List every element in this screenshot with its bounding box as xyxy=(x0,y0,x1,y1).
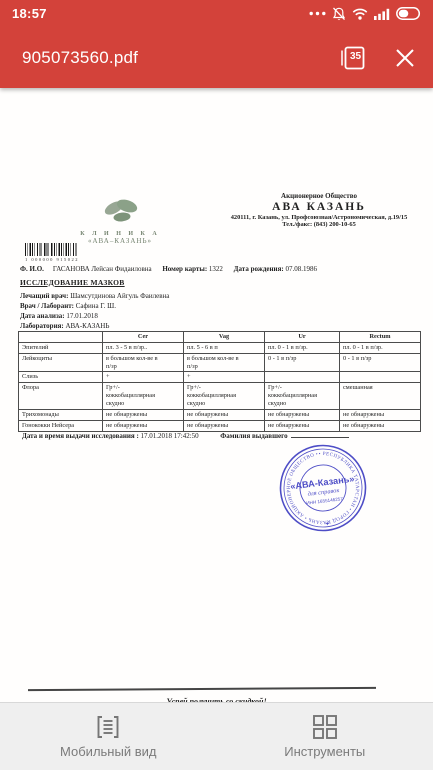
page-count-button[interactable]: 35 xyxy=(339,44,367,72)
info-line: Лечащий врач: Шамсутдинова Айгуль Фаилев… xyxy=(20,291,169,301)
section-title: ИССЛЕДОВАНИЕ МАЗКОВ xyxy=(20,278,125,287)
screen: 18:57 xyxy=(0,0,433,770)
org-name: АВА КАЗАНЬ xyxy=(213,201,425,213)
table-row: ФлораГр+/- коккобациллярная скудноГр+/- … xyxy=(19,383,421,410)
col-cer: Cer xyxy=(103,332,184,343)
dob-label: Дата рождения: xyxy=(234,265,284,273)
tools-grid-icon xyxy=(312,714,338,740)
promo-headline: Успей получить со скидкой! xyxy=(0,695,433,702)
pdf-page-viewport[interactable]: К Л И Н И К А «АВА–КАЗАНЬ» Акционерное О… xyxy=(0,88,433,702)
clock: 18:57 xyxy=(12,6,47,21)
bell-muted-icon xyxy=(332,7,346,21)
col-ur: Ur xyxy=(265,332,340,343)
status-bar: 18:57 xyxy=(0,0,433,27)
org-address: 420111, г. Казань, ул. Профсоюзная/Астро… xyxy=(213,214,425,221)
tools-button[interactable]: Инструменты xyxy=(217,703,433,770)
dob-value: 07.08.1986 xyxy=(285,265,317,273)
results-table: Cer Vag Ur Rectum Эпителийпл. 3 - 5 в п/… xyxy=(18,331,421,432)
col-vag: Vag xyxy=(184,332,265,343)
org-phone: Тел./факс: (843) 200-10-65 xyxy=(213,221,425,228)
mobile-view-button[interactable]: Мобильный вид xyxy=(0,703,217,770)
clinic-logo-name: «АВА–КАЗАНЬ» xyxy=(72,237,168,245)
leaf-logo-icon xyxy=(97,198,143,225)
issuer-blank-line xyxy=(291,431,349,438)
close-icon[interactable] xyxy=(393,46,417,70)
table-row: Слизь++ xyxy=(19,372,421,383)
table-row: Эпителийпл. 3 - 5 в п/зр..пл. 5 - 6 в пп… xyxy=(19,342,421,353)
battery-icon xyxy=(396,7,421,20)
table-header-row: Cer Vag Ur Rectum xyxy=(19,332,421,343)
letterhead-org-block: Акционерное Общество АВА КАЗАНЬ 420111, … xyxy=(213,192,425,228)
card-label: Номер карты: xyxy=(162,265,207,273)
stamp-inn-text: ИНН 1655146257 xyxy=(306,496,344,505)
table-row: Гонококки Нейсеране обнаруженыне обнаруж… xyxy=(19,420,421,431)
issuer-label: Фамилия выдавшего xyxy=(220,432,287,440)
wifi-icon xyxy=(352,8,368,20)
issue-line: Дата и время выдачи исследования : 17.01… xyxy=(22,431,349,440)
info-line: Лаборатория: АВА-КАЗАНЬ xyxy=(20,321,169,331)
overflow-dots-icon xyxy=(309,11,326,16)
info-line: Врач / Лаборант: Сафина Г. Ш. xyxy=(20,301,169,311)
barcode-number: 1 000000 915022 xyxy=(25,257,81,262)
fio-value: ГАСАНОВА Лейсан Фидаиловна xyxy=(53,265,152,273)
barcode xyxy=(25,243,77,256)
barcode-block: 1 000000 915022 xyxy=(25,243,81,262)
promo-block: Успей получить со скидкой! Весь январь -… xyxy=(0,695,433,702)
info-line: Дата анализа: 17.01.2018 xyxy=(20,311,169,321)
table-row: Лейкоцитыв большом кол-ве в п/зрв большо… xyxy=(19,353,421,372)
exam-info-block: Лечащий врач: Шамсутдинова Айгуль Фаилев… xyxy=(20,291,169,331)
issue-label: Дата и время выдачи исследования : xyxy=(22,432,139,440)
tools-label: Инструменты xyxy=(284,744,365,759)
col-rectum: Rectum xyxy=(340,332,421,343)
app-bar-actions: 35 xyxy=(339,44,417,72)
app-bar: 905073560.pdf 35 xyxy=(0,27,433,88)
table-row: Трихомонадыне обнаруженыне обнаруженыне … xyxy=(19,409,421,420)
issue-datetime: 17.01.2018 17:42:50 xyxy=(141,432,199,440)
bottom-toolbar: Мобильный вид Инструменты xyxy=(0,702,433,770)
promo-divider xyxy=(28,687,376,691)
patient-line: Ф. И.О.ГАСАНОВА Лейсан Фидаиловна Номер … xyxy=(20,265,420,273)
stamp-ornament: ✦ xyxy=(325,520,331,528)
fio-label: Ф. И.О. xyxy=(20,265,44,273)
cell-signal-icon xyxy=(374,8,390,20)
card-value: 1322 xyxy=(209,265,223,273)
page-count-value: 35 xyxy=(347,51,364,62)
clinic-logo: К Л И Н И К А «АВА–КАЗАНЬ» xyxy=(72,198,168,245)
document-title: 905073560.pdf xyxy=(22,48,138,68)
status-icons xyxy=(309,7,421,21)
mobile-view-label: Мобильный вид xyxy=(60,744,156,759)
clinic-stamp: • РЕСПУБЛИКА ТАТАРСТАН • ГОРОД КАЗАНЬ • … xyxy=(272,437,375,540)
org-type: Акционерное Общество xyxy=(213,192,425,200)
mobile-view-icon xyxy=(94,714,122,740)
